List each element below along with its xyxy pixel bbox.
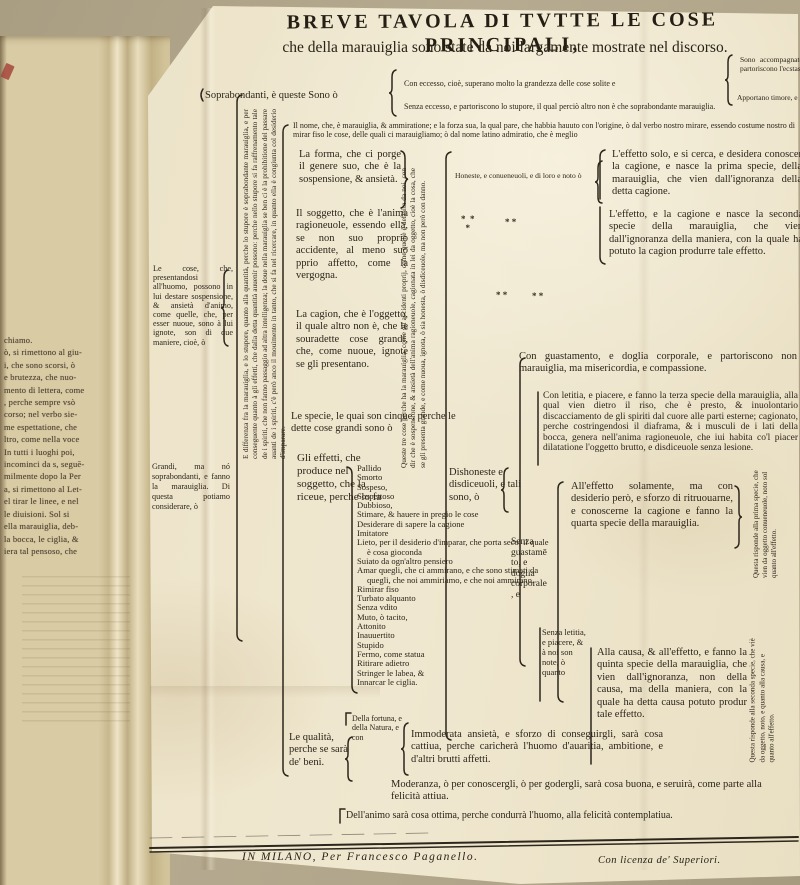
photo-of-book-page: chiamo.ò, si rimettono al giu-i, che son… [0,0,800,885]
sidenote-definitione-marauiglia: Queste tre cose perche ha la marauiglia,… [399,168,457,468]
node-dishoneste: Dishoneste e disdiceuoli, e tali sono, ò [449,467,545,504]
sidenote-quinta-specie: Questa risponde alla seconda specie, che… [749,636,795,763]
node-soprabondanti: Soprabondanti, è queste Sono ò [205,90,338,102]
node-le-qualita: Le qualità, perche se sarà de' beni. [289,732,349,769]
sidenote-differenza-stupore: E differenza fra la marauiglia, e lo stu… [241,109,299,459]
node-la-forma: La forma, che ci porge il genere suo, ch… [299,149,401,186]
node-quarta-specie: All'effetto solamente, ma con desiderio … [571,481,733,531]
node-horrore: Apportano timore, e generano l'horrore. [737,94,800,103]
node-grandi: Grandi, ma nó soprabondanti, e fanno la … [152,462,230,512]
asterisk-marks: * * * [461,215,475,233]
node-moderanza: Moderanza, ò per conoscergli, ò per gode… [391,779,763,804]
node-quinta-specie: Alla causa, & all'effetto, e fanno la qu… [597,647,747,721]
list-item: Muto, ò tacito, [357,613,549,622]
list-item: Innarcar le ciglia. [357,678,549,687]
node-della-fortuna: Della fortuna, e della Natura, e con [352,714,412,742]
node-senza-eccesso: Senza eccesso, e partoriscono lo stupore… [404,102,715,111]
imprint-license: Con licenza de' Superiori. [598,855,721,867]
node-con-eccesso: Con eccesso, cioè, superano molto la gra… [404,79,615,88]
asterisk-marks: * * [505,218,516,227]
node-veneratione: Sono accompagnate da merito di veneratio… [740,56,800,74]
node-il-nome: Il nome, che, è marauiglia, & ammiration… [293,121,795,140]
node-senza-guastamento: Senza guastamēto, e doglia corporale, e [511,537,549,600]
node-seconda-specie: L'effetto, e la cagione e nasce la secon… [609,209,800,259]
node-con-guastamento: Con guastamento, e doglia corporale, e p… [519,351,797,376]
asterisk-marks: * * [496,291,507,300]
node-honeste: Honeste, e conueneuoli, e di loro e noto… [455,172,582,181]
node-dell-animo: Dell'animo sarà cosa ottima, perche cond… [346,810,673,822]
page-subtitle: che della marauiglia sono state da noi l… [250,39,760,57]
node-il-soggetto: Il soggetto, che è l'anima ragioneuole, … [296,208,408,282]
sidenote-quarta-specie: Questa risponde alla prima specie, che v… [752,468,796,578]
node-la-cagion: La cagion, che è l'oggetto, il quale alt… [296,309,408,371]
node-root: Le cose, che, presentandosi all'huomo, p… [153,264,233,347]
asterisk-marks: * * [532,292,543,301]
node-immoderata: Immoderata ansietà, e sforzo di consegui… [411,729,663,766]
list-item: Inauuertito [357,631,549,640]
node-prima-specie: L'effetto solo, e si cerca, e desidera c… [612,149,800,199]
node-senza-letitia: Senza letitia, e piacere, & à noi son no… [542,627,586,677]
node-terza-specie: Con letitia, e piacere, e fanno la terza… [543,391,798,453]
imprint-place: IN MILANO, Per Francesco Paganello. [242,851,478,865]
